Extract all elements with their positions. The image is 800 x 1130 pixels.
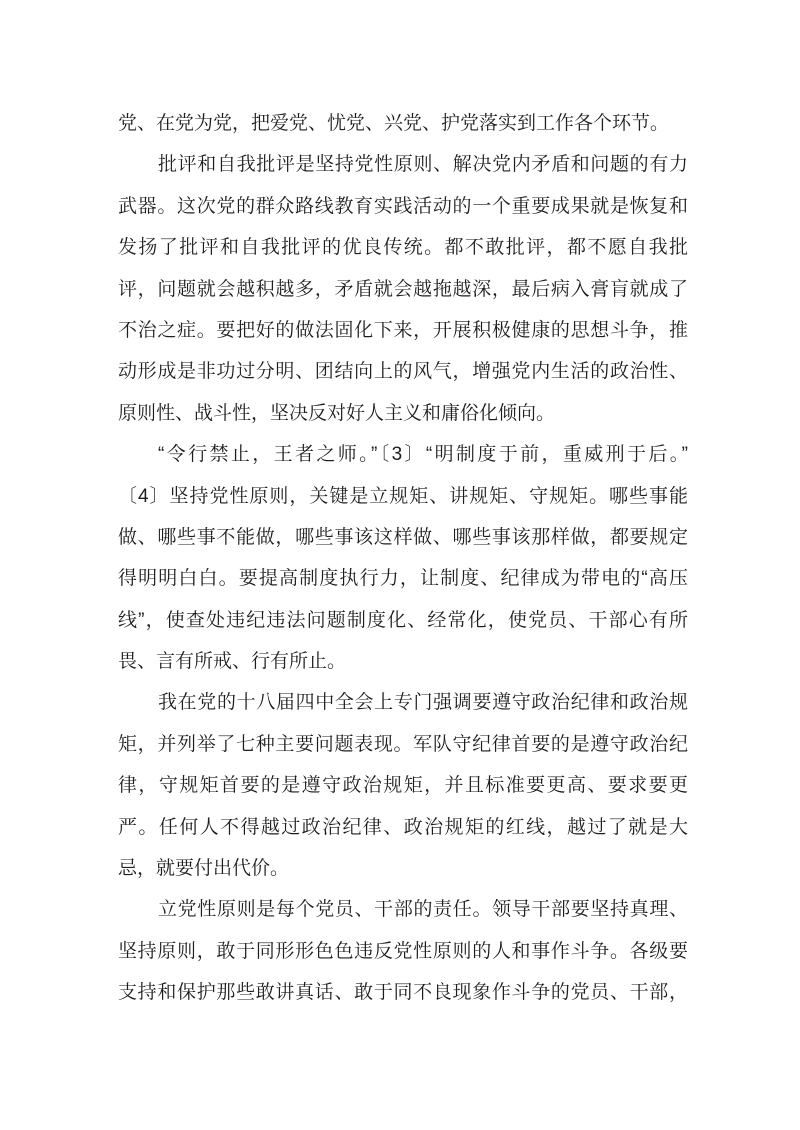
text-line: 发扬了批评和自我批评的优良传统。都不敢批评，都不愿自我批 bbox=[118, 227, 688, 268]
text-line: 武器。这次党的群众路线教育实践活动的一个重要成果就是恢复和 bbox=[118, 186, 688, 227]
text-line: 立党性原则是每个党员、干部的责任。领导干部要坚持真理、 bbox=[118, 889, 688, 930]
text-line: 动形成是非功过分明、团结向上的风气，增强党内生活的政治性、 bbox=[118, 351, 688, 392]
text-line: 做、哪些事不能做，哪些事该这样做、哪些事该那样做，都要规定 bbox=[118, 517, 688, 558]
paragraph: 我在党的十八届四中全会上专门强调要遵守政治纪律和政治规矩，并列举了七种主要问题表… bbox=[118, 682, 688, 889]
paragraph: 批评和自我批评是坚持党性原则、解决党内矛盾和问题的有力武器。这次党的群众路线教育… bbox=[118, 144, 688, 434]
text-line: 忌，就要付出代价。 bbox=[118, 848, 688, 889]
text-line: 党、在党为党，把爱党、忧党、兴党、护党落实到工作各个环节。 bbox=[118, 103, 688, 144]
paragraph: “令行禁止，王者之师。”〔3〕“明制度于前，重威刑于后。”〔4〕坚持党性原则，关… bbox=[118, 434, 688, 682]
text-line: 评，问题就会越积越多，矛盾就会越拖越深，最后病入膏肓就成了 bbox=[118, 269, 688, 310]
text-line: 严。任何人不得越过政治纪律、政治规矩的红线，越过了就是大 bbox=[118, 807, 688, 848]
text-line: 不治之症。要把好的做法固化下来，开展积极健康的思想斗争，推 bbox=[118, 310, 688, 351]
paragraph: 党、在党为党，把爱党、忧党、兴党、护党落实到工作各个环节。 bbox=[118, 103, 688, 144]
text-line: 线”，使查处违纪违法问题制度化、经常化，使党员、干部心有所 bbox=[118, 600, 688, 641]
text-line: 〔4〕坚持党性原则，关键是立规矩、讲规矩、守规矩。哪些事能 bbox=[118, 476, 688, 517]
text-line: 坚持原则，敢于同形形色色违反党性原则的人和事作斗争。各级要 bbox=[118, 931, 688, 972]
text-line: 我在党的十八届四中全会上专门强调要遵守政治纪律和政治规 bbox=[118, 682, 688, 723]
text-line: 原则性、战斗性，坚决反对好人主义和庸俗化倾向。 bbox=[118, 393, 688, 434]
paragraph: 立党性原则是每个党员、干部的责任。领导干部要坚持真理、坚持原则，敢于同形形色色违… bbox=[118, 889, 688, 1013]
text-line: 律，守规矩首要的是遵守政治规矩，并且标准要更高、要求要更 bbox=[118, 765, 688, 806]
text-line: 矩，并列举了七种主要问题表现。军队守纪律首要的是遵守政治纪 bbox=[118, 724, 688, 765]
text-line: 得明明白白。要提高制度执行力，让制度、纪律成为带电的“高压 bbox=[118, 558, 688, 599]
text-line: 支持和保护那些敢讲真话、敢于同不良现象作斗争的党员、干部， bbox=[118, 972, 688, 1013]
text-line: “令行禁止，王者之师。”〔3〕“明制度于前，重威刑于后。” bbox=[118, 434, 688, 475]
document-text-block: 党、在党为党，把爱党、忧党、兴党、护党落实到工作各个环节。批评和自我批评是坚持党… bbox=[118, 103, 688, 1014]
text-line: 批评和自我批评是坚持党性原则、解决党内矛盾和问题的有力 bbox=[118, 144, 688, 185]
document-page: 党、在党为党，把爱党、忧党、兴党、护党落实到工作各个环节。批评和自我批评是坚持党… bbox=[0, 0, 800, 1130]
text-line: 畏、言有所戒、行有所止。 bbox=[118, 641, 688, 682]
